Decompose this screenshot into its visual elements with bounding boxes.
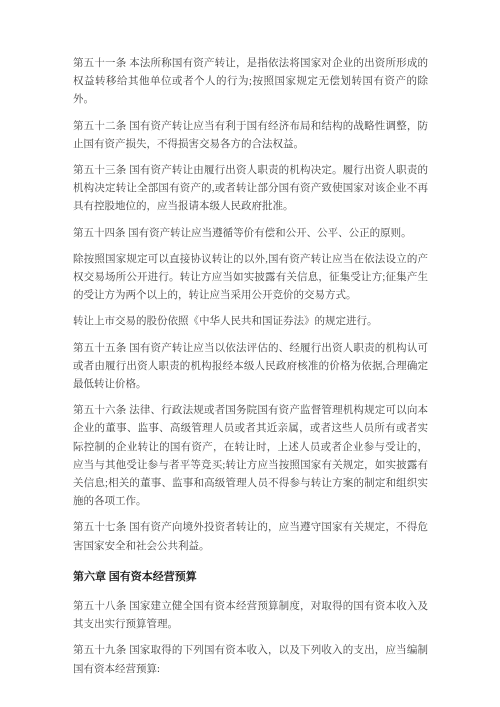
article-54-clause-3: 转让上市交易的股份依照《中华人民共和国证券法》的规定进行。 [73, 313, 428, 331]
article-58: 第五十八条 国家建立健全国有资本经营预算制度，对取得的国有资本收入及其支出实行预… [73, 598, 428, 634]
article-52: 第五十二条 国有资产转让应当有利于国有经济布局和结构的战略性调整，防止国有资产损… [73, 118, 428, 154]
article-53: 第五十三条 国有资产转让由履行出资人职责的机构决定。履行出资人职责的机构决定转让… [73, 162, 428, 217]
article-54-clause-2: 除按照国家规定可以直接协议转让的以外,国有资产转让应当在依法设立的产权交易场所公… [73, 251, 428, 306]
article-57: 第五十七条 国有资产向境外投资者转让的，应当遵守国家有关规定，不得危害国家安全和… [73, 519, 428, 555]
article-55: 第五十五条 国有资产转让应当以依法评估的、经履行出资人职责的机构认可或者由履行出… [73, 340, 428, 395]
article-54: 第五十四条 国有资产转让应当遵循等价有偿和公开、公平、公正的原则。 [73, 225, 428, 243]
law-document-page: 第五十一条 本法所称国有资产转让，是指依法将国家对企业的出资所形成的权益转移给其… [0, 0, 500, 707]
article-56: 第五十六条 法律、行政法规或者国务院国有资产监督管理机构规定可以向本企业的董事、… [73, 402, 428, 511]
article-59: 第五十九条 国家取得的下列国有资本收入，以及下列收入的支出，应当编制国有资本经营… [73, 642, 428, 678]
article-51: 第五十一条 本法所称国有资产转让，是指依法将国家对企业的出资所形成的权益转移给其… [73, 55, 428, 110]
chapter-6-heading: 第六章 国有资本经营预算 [73, 568, 428, 586]
